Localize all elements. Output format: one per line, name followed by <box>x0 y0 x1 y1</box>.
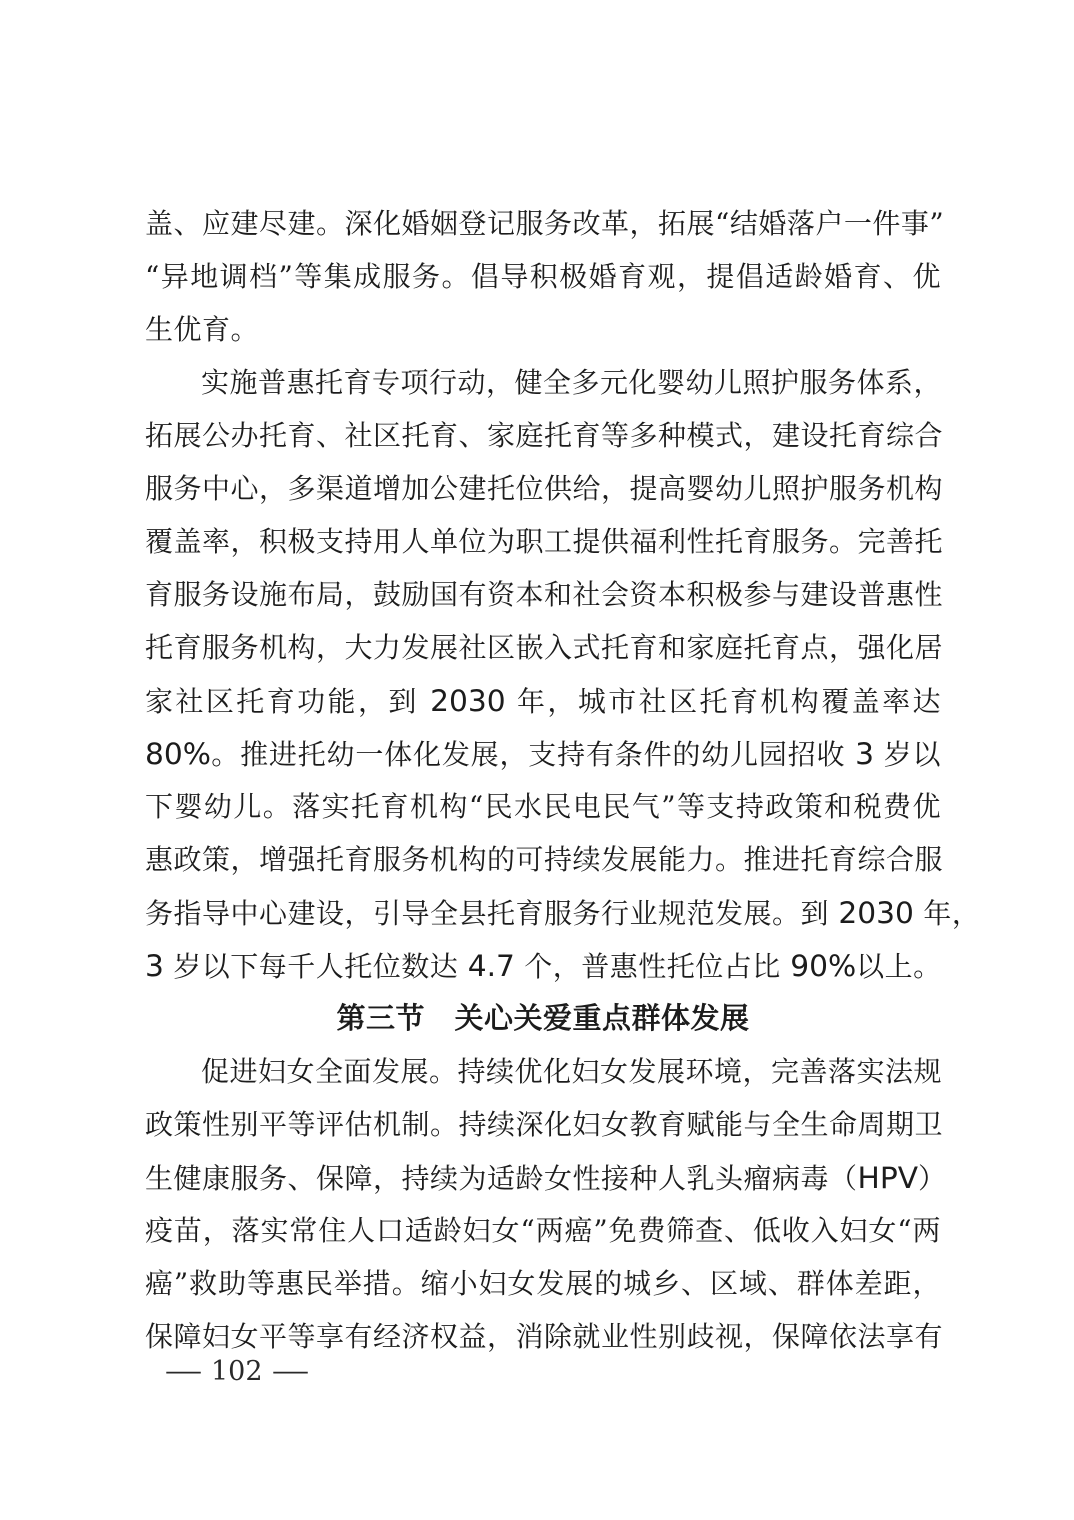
footer-dash-left: — <box>165 1352 203 1392</box>
footer-dash-right: — <box>271 1352 309 1392</box>
text-line: 覆盖率，积极支持用人单位为职工提供福利性托育服务。完善托 <box>145 515 941 568</box>
document-page: 盖、应建尽建。深化婚姻登记服务改革，拓展“结婚落户一件事”“异地调档”等集成服务… <box>0 0 1074 1520</box>
text-line: 盖、应建尽建。深化婚姻登记服务改革，拓展“结婚落户一件事” <box>145 197 941 250</box>
page-footer: — 102 — <box>170 1352 304 1392</box>
text-line: 服务中心，多渠道增加公建托位供给，提高婴幼儿照护服务机构 <box>145 462 941 515</box>
text-line: 托育服务机构，大力发展社区嵌入式托育和家庭托育点，强化居 <box>145 621 941 674</box>
latin-numeral: 3 <box>145 948 164 983</box>
text-line: 生健康服务、保障，持续为适龄女性接种人乳头瘤病毒（HPV） <box>145 1151 941 1204</box>
page-number: 102 <box>211 1352 263 1392</box>
text-line: 促进妇女全面发展。持续优化妇女发展环境，完善落实法规 <box>145 1045 941 1098</box>
text-line: 家社区托育功能，到 2030 年，城市社区托育机构覆盖率达 <box>145 674 941 727</box>
text-line: 疫苗，落实常住人口适龄妇女“两癌”免费筛查、低收入妇女“两 <box>145 1204 941 1257</box>
section-heading: 第三节 关心关爱重点群体发展 <box>145 992 941 1045</box>
text-line: 80%。推进托幼一体化发展，支持有条件的幼儿园招收 3 岁以 <box>145 727 941 780</box>
text-line: “异地调档”等集成服务。倡导积极婚育观，提倡适龄婚育、优 <box>145 250 941 303</box>
text-line: 下婴幼儿。落实托育机构“民水民电民气”等支持政策和税费优 <box>145 780 941 833</box>
text-line: 育服务设施布局，鼓励国有资本和社会资本积极参与建设普惠性 <box>145 568 941 621</box>
text-line: 政策性别平等评估机制。持续深化妇女教育赋能与全生命周期卫 <box>145 1098 941 1151</box>
latin-numeral: HPV <box>858 1160 919 1195</box>
text-line: 生优育。 <box>145 303 941 356</box>
latin-numeral: 2030 <box>838 895 914 930</box>
text-line: 务指导中心建设，引导全县托育服务行业规范发展。到 2030 年， <box>145 886 941 939</box>
text-line: 惠政策，增强托育服务机构的可持续发展能力。推进托育综合服 <box>145 833 941 886</box>
latin-numeral: 4.7 <box>468 948 515 983</box>
document-body: 盖、应建尽建。深化婚姻登记服务改革，拓展“结婚落户一件事”“异地调档”等集成服务… <box>145 197 941 1363</box>
latin-numeral: 90% <box>790 948 856 983</box>
text-line: 实施普惠托育专项行动，健全多元化婴幼儿照护服务体系， <box>145 356 941 409</box>
text-line: 3 岁以下每千人托位数达 4.7 个，普惠性托位占比 90%以上。 <box>145 939 941 992</box>
text-line: 癌”救助等惠民举措。缩小妇女发展的城乡、区域、群体差距， <box>145 1257 941 1310</box>
latin-numeral: 80% <box>145 736 211 771</box>
text-line: 拓展公办托育、社区托育、家庭托育等多种模式，建设托育综合 <box>145 409 941 462</box>
latin-numeral: 2030 <box>430 683 506 718</box>
latin-numeral: 3 <box>855 736 874 771</box>
